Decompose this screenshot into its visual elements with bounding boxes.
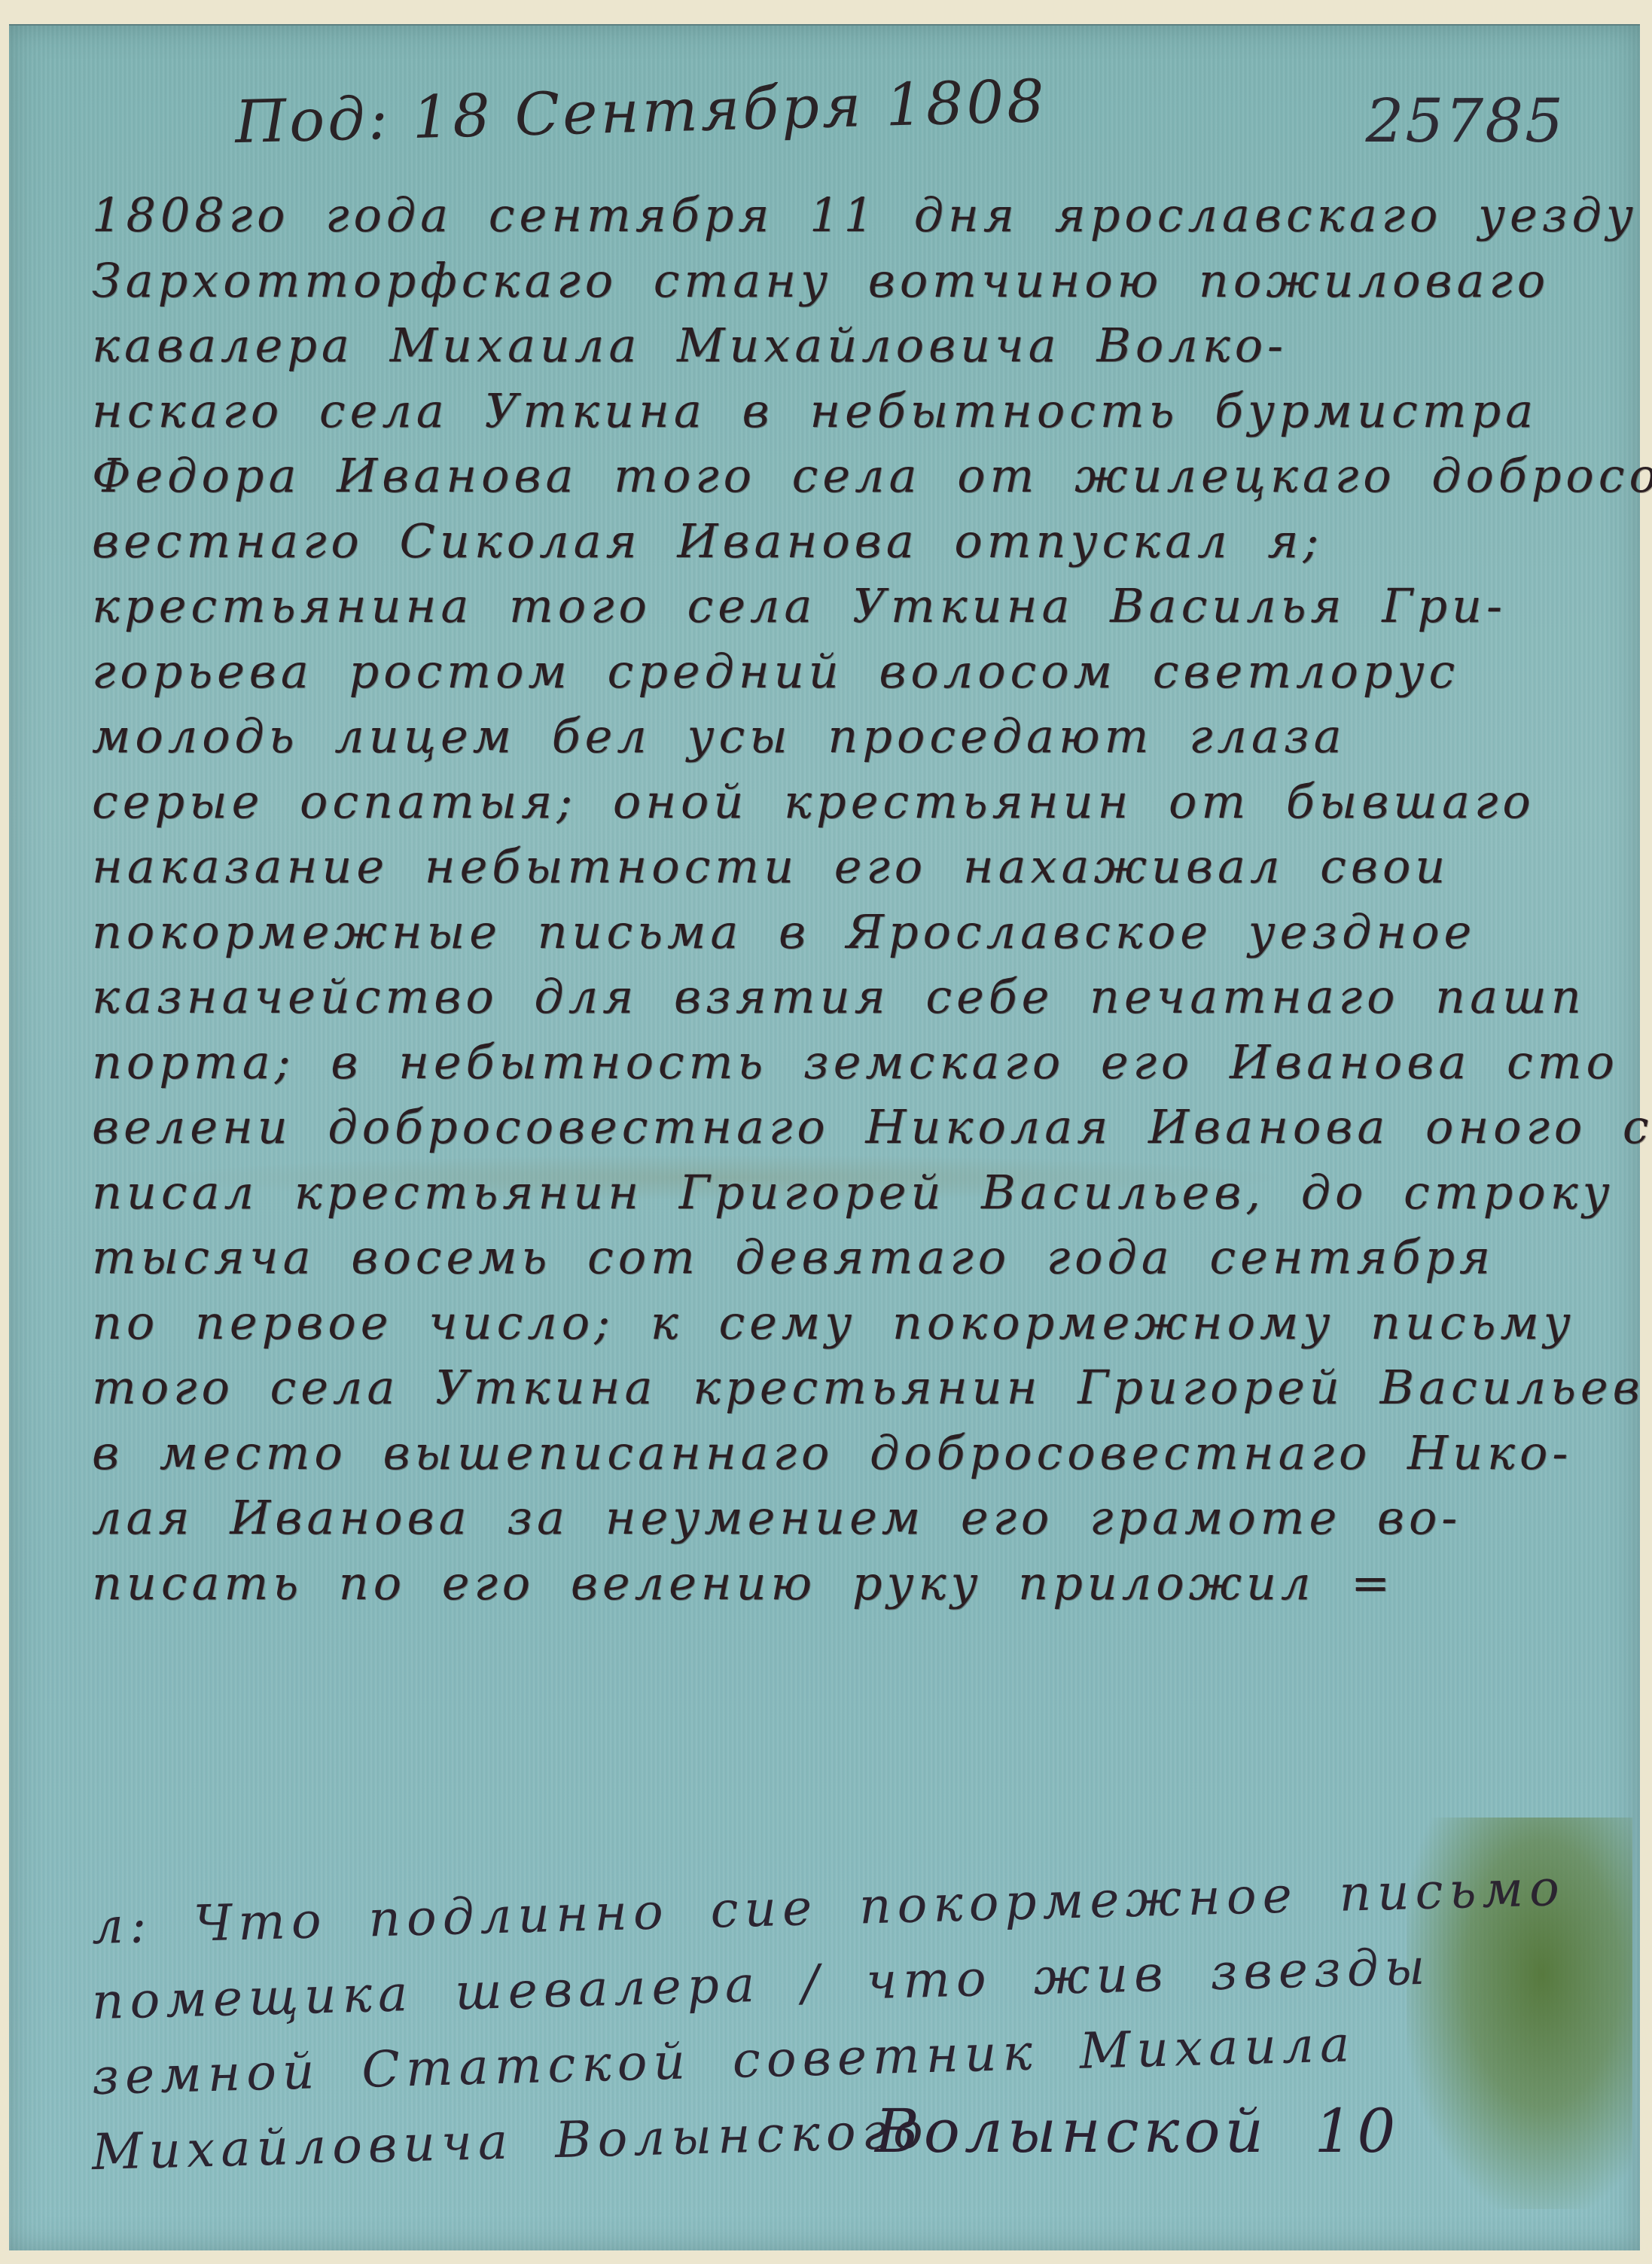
body-line: серые оспатыя; оной крестьянин от бывшаг… <box>92 774 1598 839</box>
body-line: Зархотторфскаго стану вотчиною пожиловаг… <box>92 253 1598 318</box>
signature-name: Волынской <box>875 2096 1268 2166</box>
document-header: Под: 18 Сентября 1808 <box>234 68 1048 157</box>
folio-number: 10 <box>1314 2096 1400 2166</box>
body-line: наказание небытности его нахаживал свои <box>92 839 1598 904</box>
body-line: лая Иванова за неумением его грамоте во- <box>92 1490 1598 1556</box>
manuscript-sheet: Под: 18 Сентября 1808 25785 1808го года … <box>9 24 1640 2250</box>
body-line: писать по его велению руку приложил = <box>92 1556 1598 1621</box>
body-line: крестьянина того села Уткина Василья Гри… <box>92 578 1598 644</box>
body-line: в место вышеписаннаго добросовестнаго Ни… <box>92 1425 1598 1491</box>
body-line: 1808го года сентября 11 дня ярославскаго… <box>92 187 1598 253</box>
body-line: нскаго села Уткина в небытность бурмистр… <box>92 383 1598 449</box>
body-line: кавалера Михаила Михайловича Волко- <box>92 318 1598 383</box>
body-line: Федора Иванова того села от жилецкаго до… <box>92 448 1598 513</box>
signature: Волынской 10 <box>875 2096 1400 2166</box>
body-line: того села Уткина крестьянин Григорей Вас… <box>92 1360 1598 1425</box>
body-text: 1808го года сентября 11 дня ярославскаго… <box>92 187 1598 1620</box>
body-line: казначейство для взятия себе печатнаго п… <box>92 969 1598 1034</box>
body-line: велени добросовестнаго Николая Иванова о… <box>92 1099 1598 1165</box>
body-line: горьева ростом средний волосом светлорус <box>92 644 1598 709</box>
body-line: тысяча восемь сот девятаго года сентября <box>92 1230 1598 1295</box>
body-line: молодь лицем бел усы проседают глаза <box>92 708 1598 774</box>
body-line: писал крестьянин Григорей Васильев, до с… <box>92 1165 1598 1230</box>
archive-number: 25785 <box>1366 86 1565 156</box>
body-line: по первое число; к сему покормежному пис… <box>92 1295 1598 1361</box>
body-line: покормежные письма в Ярославское уездное <box>92 904 1598 970</box>
body-line: вестнаго Сиколая Иванова отпускал я; <box>92 513 1598 579</box>
body-line: порта; в небытность земскаго его Иванова… <box>92 1034 1598 1100</box>
